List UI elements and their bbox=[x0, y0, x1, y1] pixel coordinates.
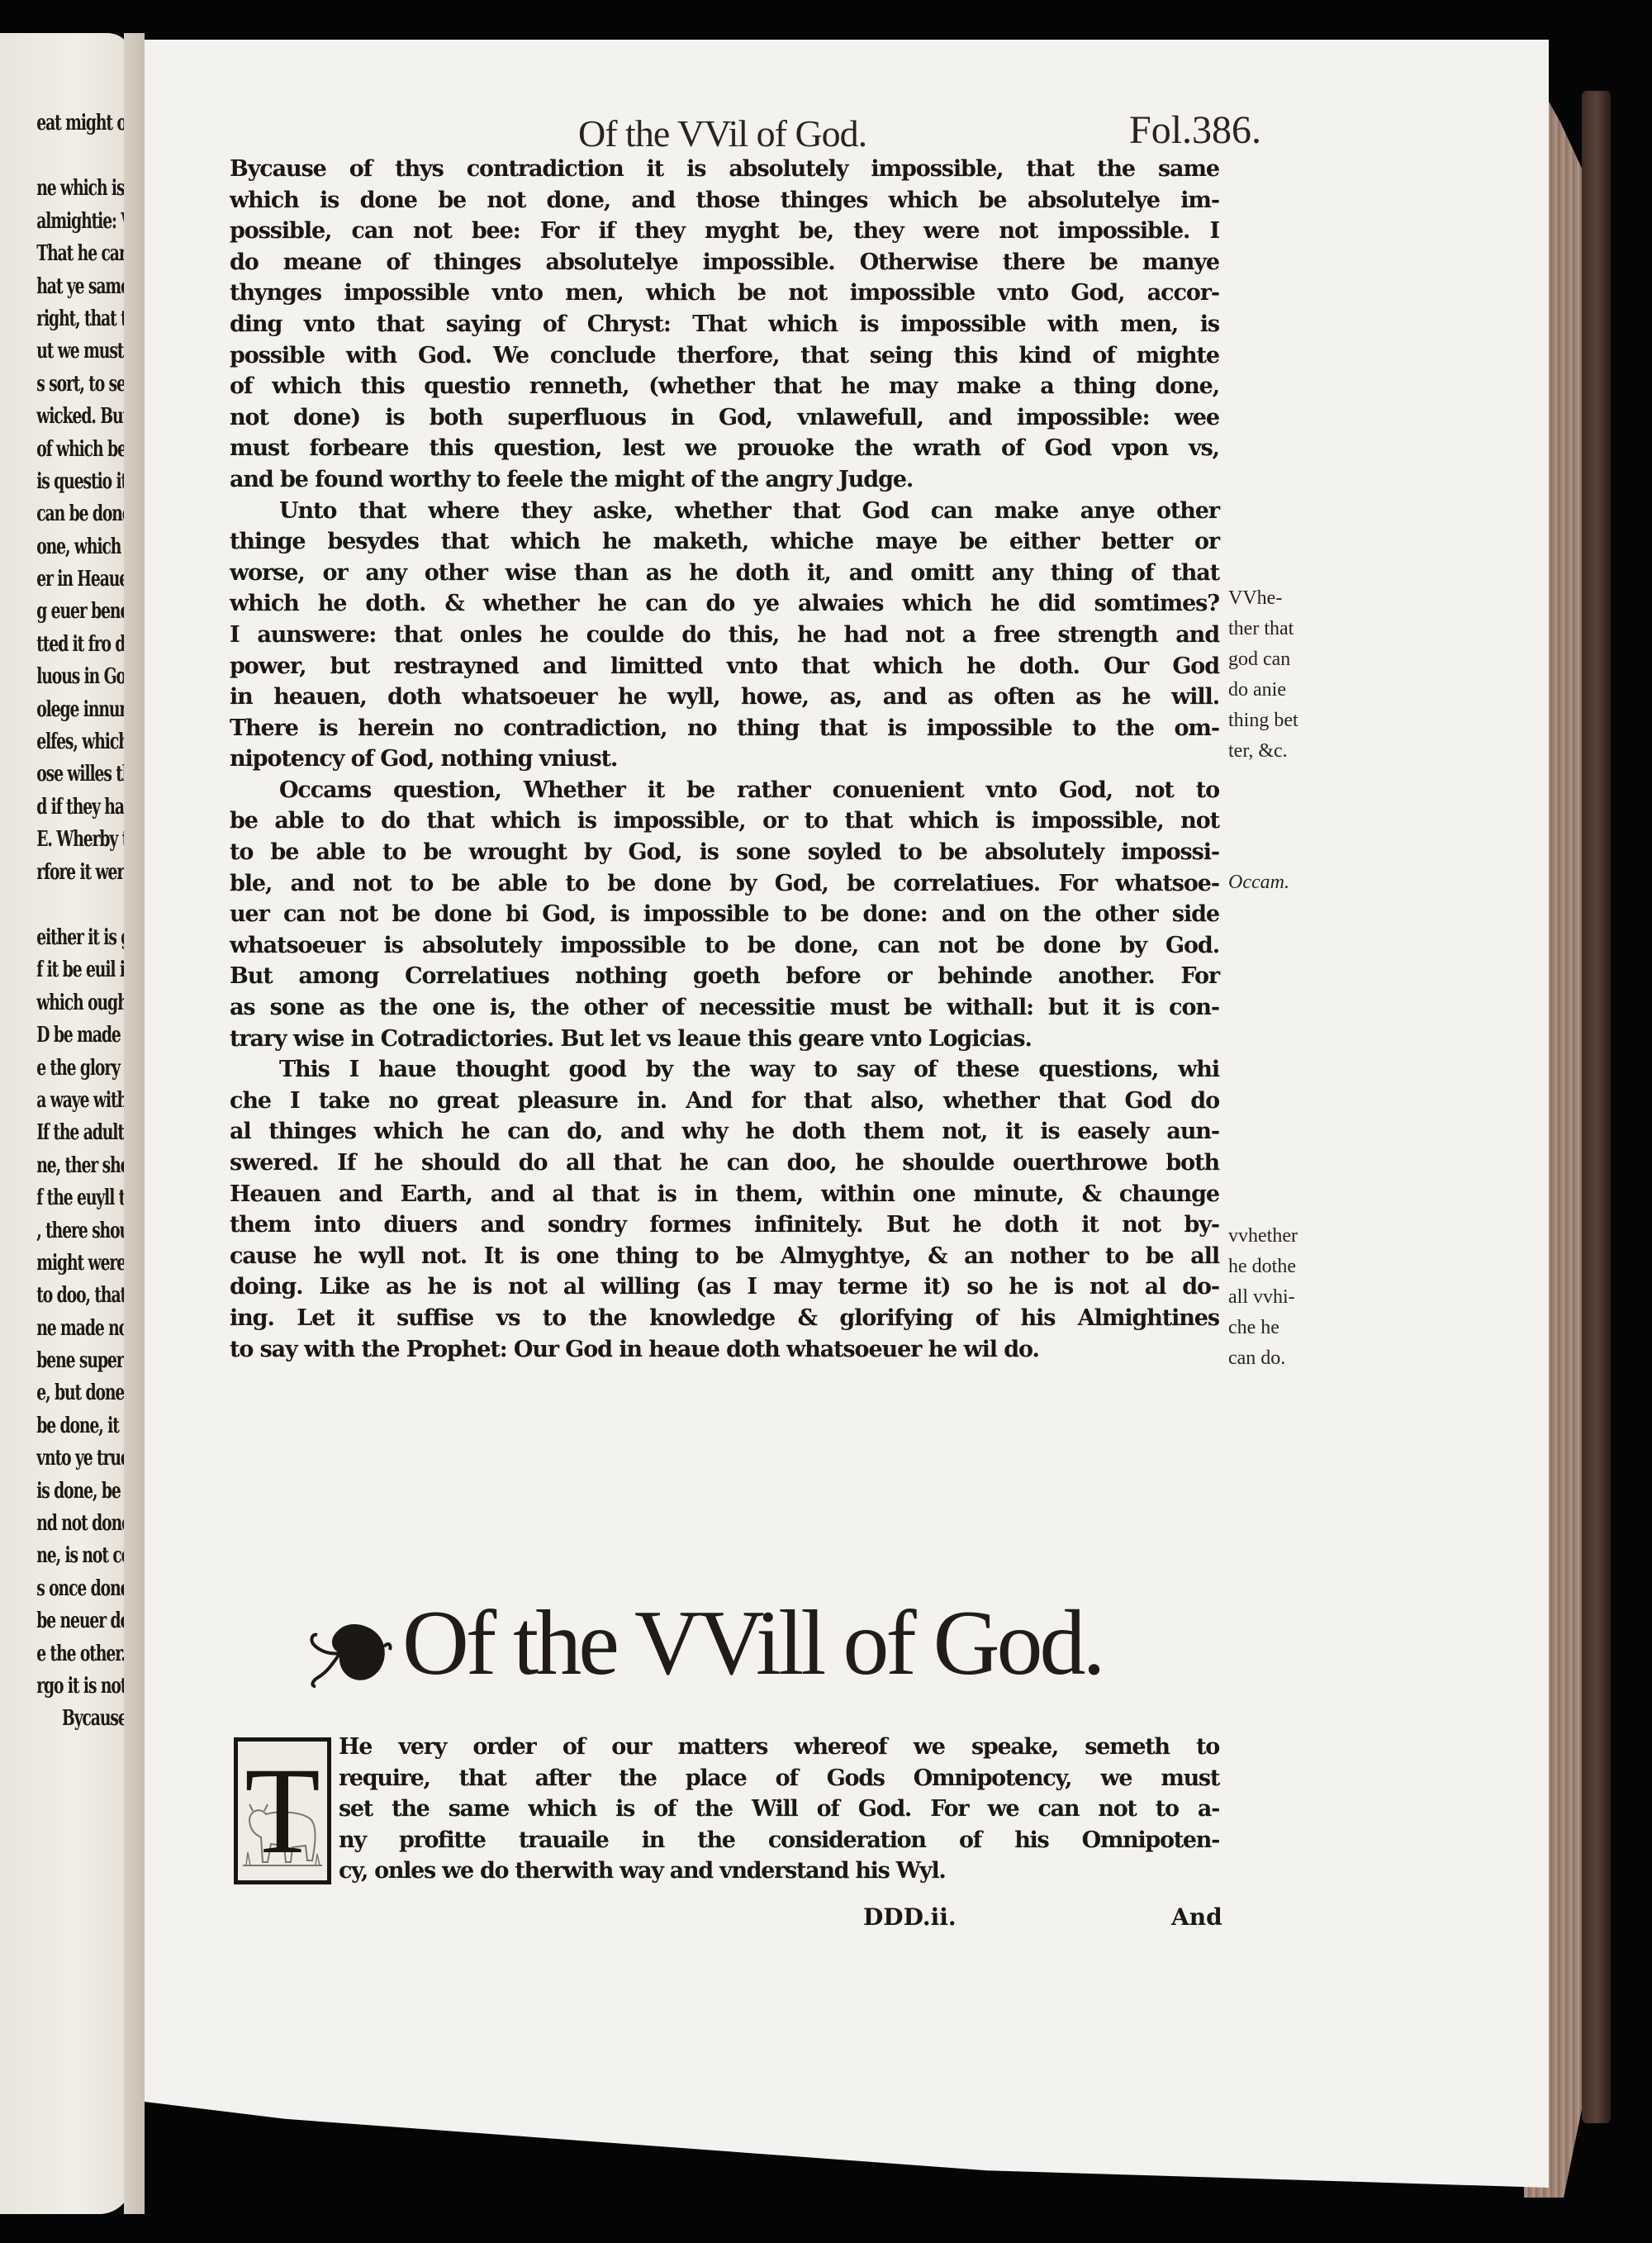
left-page-line: ne, is not contra- bbox=[36, 1540, 131, 1572]
text-line: to say with the Prophet: Our God in heau… bbox=[230, 1334, 1219, 1366]
margin-note-line: Occam. bbox=[1228, 867, 1327, 898]
text-line: doing. Like as he is not al willing (as … bbox=[230, 1271, 1219, 1303]
text-line: them into diuers and sondry formes infin… bbox=[230, 1209, 1219, 1241]
left-page-line: rgo it is not done. bbox=[36, 1670, 131, 1703]
left-page-line: nd not done be co bbox=[36, 1508, 131, 1540]
text-line: trary wise in Cotradictories. But let vs… bbox=[230, 1024, 1219, 1055]
text-line: be able to do that which is impossible, … bbox=[230, 805, 1219, 837]
left-page-line: one, which is don, bbox=[36, 531, 131, 563]
section-heading: Of the VVill of God. bbox=[306, 1590, 1103, 1697]
left-page-line: is questio it is one bbox=[36, 466, 131, 498]
left-page-line: olege innumerable bbox=[36, 694, 131, 726]
left-page-line: d if they had bene bbox=[36, 791, 131, 824]
text-line: nipotency of God, nothing vniust. bbox=[230, 744, 1219, 775]
text-line: which is done be not done, and those thi… bbox=[230, 185, 1219, 216]
decorated-initial: T bbox=[234, 1737, 331, 1884]
margin-note-whether-god-can-do-better: VVhe-ther thatgod cando aniething better… bbox=[1228, 583, 1327, 767]
left-page-line: wicked. But it is bbox=[36, 401, 131, 433]
text-line: Bycause of thys contradiction it is abso… bbox=[230, 154, 1219, 185]
left-page-line: be done, it can not bbox=[36, 1410, 131, 1442]
left-page-line: er in Heaue, nor in bbox=[36, 563, 131, 596]
text-line: This I haue thought good by the way to s… bbox=[230, 1054, 1219, 1086]
fleuron-leaf-icon bbox=[306, 1606, 392, 1682]
left-page-line: a waye with this, bbox=[36, 1085, 131, 1117]
text-line: in heauen, doth whatsoeuer he wyll, howe… bbox=[230, 682, 1219, 713]
text-line: Heauen and Earth, and al that is in them… bbox=[230, 1179, 1219, 1210]
catchword: And bbox=[1171, 1903, 1222, 1931]
text-line: possible with God. We conclude therfore,… bbox=[230, 340, 1219, 372]
text-line: uer can not be done bi God, is impossibl… bbox=[230, 899, 1219, 930]
left-page-blank-line bbox=[0, 889, 131, 922]
left-page-line: f it be euil it ought bbox=[36, 954, 131, 986]
text-line: swered. If he should do all that he can … bbox=[230, 1148, 1219, 1179]
left-page-line: of which be either bbox=[36, 434, 131, 466]
text-line: al thinges which he can do, and why he d… bbox=[230, 1116, 1219, 1148]
text-line: che I take no great pleasure in. And for… bbox=[230, 1086, 1219, 1117]
text-line: There is herein no contradiction, no thi… bbox=[230, 713, 1219, 744]
main-text-block: Bycause of thys contradiction it is abso… bbox=[230, 154, 1219, 1365]
margin-note-line: vvhether bbox=[1228, 1221, 1327, 1252]
left-page-line: either it is good or bbox=[36, 922, 131, 954]
text-line: thynges impossible vnto men, which be no… bbox=[230, 278, 1219, 309]
left-page-line: can be done. bbox=[36, 498, 131, 530]
left-page-line: If the adulterye of bbox=[36, 1117, 131, 1149]
left-page-line: E. Wherby things bbox=[36, 824, 131, 856]
left-page-line: f the euyll things bbox=[36, 1182, 131, 1214]
text-line: do meane of thinges absolutelye impossib… bbox=[230, 247, 1219, 278]
left-page-line: e the glory of Gods bbox=[36, 1053, 131, 1085]
section-text-line: set the same which is of the Will of God… bbox=[339, 1794, 1219, 1825]
left-page-line: bene superfluous bbox=[36, 1345, 131, 1377]
text-line: But among Correlatiues nothing goeth bef… bbox=[230, 961, 1219, 992]
text-line: ding vnto that saying of Chryst: That wh… bbox=[230, 309, 1219, 340]
margin-note-whether-he-doth-all: vvhetherhe dotheall vvhi-che hecan do. bbox=[1228, 1221, 1327, 1374]
left-page-line: eat might of God bbox=[36, 107, 131, 140]
text-line: worse, or any other wise than as he doth… bbox=[230, 558, 1219, 589]
initial-letter-t: T bbox=[244, 1749, 320, 1873]
margin-note-occam: Occam. bbox=[1228, 867, 1327, 898]
text-line: power, but restrayned and limitted vnto … bbox=[230, 651, 1219, 682]
text-line: as sone as the one is, the other of nece… bbox=[230, 992, 1219, 1024]
left-page-text: eat might of Godne which is done,almight… bbox=[0, 107, 131, 1736]
left-page-line: Bycause bbox=[36, 1703, 131, 1735]
book-gutter bbox=[124, 33, 145, 2214]
left-page-line: right, that this on bbox=[36, 303, 131, 335]
folio-number: Fol.386. bbox=[1129, 107, 1261, 153]
left-page-line: That he can not. bbox=[36, 238, 131, 270]
left-page-line: almightie: We do bbox=[36, 206, 131, 238]
left-page-line: tted it fro doing, if bbox=[36, 629, 131, 661]
left-page-line: e, but done, which bbox=[36, 1377, 131, 1409]
left-page-line: is done, be made bbox=[36, 1476, 131, 1508]
left-page-line: might were not do bbox=[36, 1247, 131, 1280]
left-page-line: elfes, which after- bbox=[36, 726, 131, 758]
left-page-line: ne, ther should haue bbox=[36, 1150, 131, 1182]
text-line: which he doth. & whether he can do ye al… bbox=[230, 588, 1219, 620]
text-line: to be able to be wrought by God, is sone… bbox=[230, 837, 1219, 868]
left-page-line: be neuer done be- bbox=[36, 1605, 131, 1637]
margin-note-line: VVhe- bbox=[1228, 583, 1327, 614]
section-text-line: require, that after the place of Gods Om… bbox=[339, 1763, 1219, 1794]
left-page-line: which ought to pu- bbox=[36, 987, 131, 1019]
text-line: whatsoeuer is absolutely impossible to b… bbox=[230, 930, 1219, 962]
section-text-line: ny profitte trauaile in the consideratio… bbox=[339, 1825, 1219, 1856]
left-page-line: s once done, be no bbox=[36, 1573, 131, 1605]
left-page-line: ne made not done bbox=[36, 1313, 131, 1345]
margin-note-line: all vvhi- bbox=[1228, 1282, 1327, 1313]
left-page-line: e the other. Is a bbox=[36, 1638, 131, 1670]
text-line: cause he wyll not. It is one thing to be… bbox=[230, 1241, 1219, 1272]
running-head: Of the VVil of God. bbox=[578, 112, 866, 155]
text-line: and be found worthy to feele the might o… bbox=[230, 464, 1219, 496]
left-page-line: ut we must beare bbox=[36, 335, 131, 368]
left-page-line: D be made vndone, bbox=[36, 1019, 131, 1052]
text-line: of which this questio renneth, (whether … bbox=[230, 371, 1219, 402]
left-page-line: , there should be no bbox=[36, 1215, 131, 1247]
left-page-line: to doo, that which bbox=[36, 1280, 131, 1312]
text-line: not done) is both superfluous in God, vn… bbox=[230, 402, 1219, 434]
section-opening-text: He very order of our matters whereof we … bbox=[339, 1732, 1219, 1887]
margin-note-line: can do. bbox=[1228, 1343, 1327, 1374]
margin-note-line: che he bbox=[1228, 1313, 1327, 1343]
margin-note-line: do anie bbox=[1228, 675, 1327, 706]
left-page-line: ose willes therbe bbox=[36, 758, 131, 791]
text-line: Occams question, Whether it be rather co… bbox=[230, 775, 1219, 806]
text-line: Unto that where they aske, whether that … bbox=[230, 496, 1219, 527]
margin-note-line: thing bet bbox=[1228, 706, 1327, 736]
section-title-text: Of the VVill of God. bbox=[402, 1590, 1103, 1697]
left-page-line: vnto ye true God. bbox=[36, 1442, 131, 1475]
text-line: ble, and not to be able to be done by Go… bbox=[230, 868, 1219, 900]
left-page-blank-line bbox=[0, 140, 131, 173]
text-line: I aunswere: that onles he coulde do this… bbox=[230, 620, 1219, 651]
margin-note-line: god can bbox=[1228, 644, 1327, 675]
text-line: thinge besydes that which he maketh, whi… bbox=[230, 526, 1219, 558]
signature-mark: DDD.ii. bbox=[863, 1903, 957, 1931]
text-line: must forbeare this question, lest we pro… bbox=[230, 433, 1219, 464]
left-facing-page: eat might of Godne which is done,almight… bbox=[0, 33, 132, 2214]
margin-note-line: ther that bbox=[1228, 614, 1327, 644]
margin-note-line: ter, &c. bbox=[1228, 736, 1327, 767]
left-page-line: s sort, to search in- bbox=[36, 368, 131, 401]
margin-note-line: he dothe bbox=[1228, 1252, 1327, 1282]
left-page-line: rfore it were also bbox=[36, 857, 131, 889]
text-line: ing. Let it suffise vs to the knowledge … bbox=[230, 1303, 1219, 1334]
section-text-line: He very order of our matters whereof we … bbox=[339, 1732, 1219, 1763]
text-line: possible, can not bee: For if they myght… bbox=[230, 216, 1219, 247]
left-page-line: g euer bene done, bbox=[36, 596, 131, 628]
left-page-line: hat ye same should bbox=[36, 271, 131, 303]
section-text-line: cy, onles we do therwith way and vnderst… bbox=[339, 1856, 1219, 1887]
left-page-line: ne which is done, bbox=[36, 173, 131, 205]
book-binding bbox=[1582, 91, 1611, 2123]
left-page-line: luous in God, & is bbox=[36, 661, 131, 693]
